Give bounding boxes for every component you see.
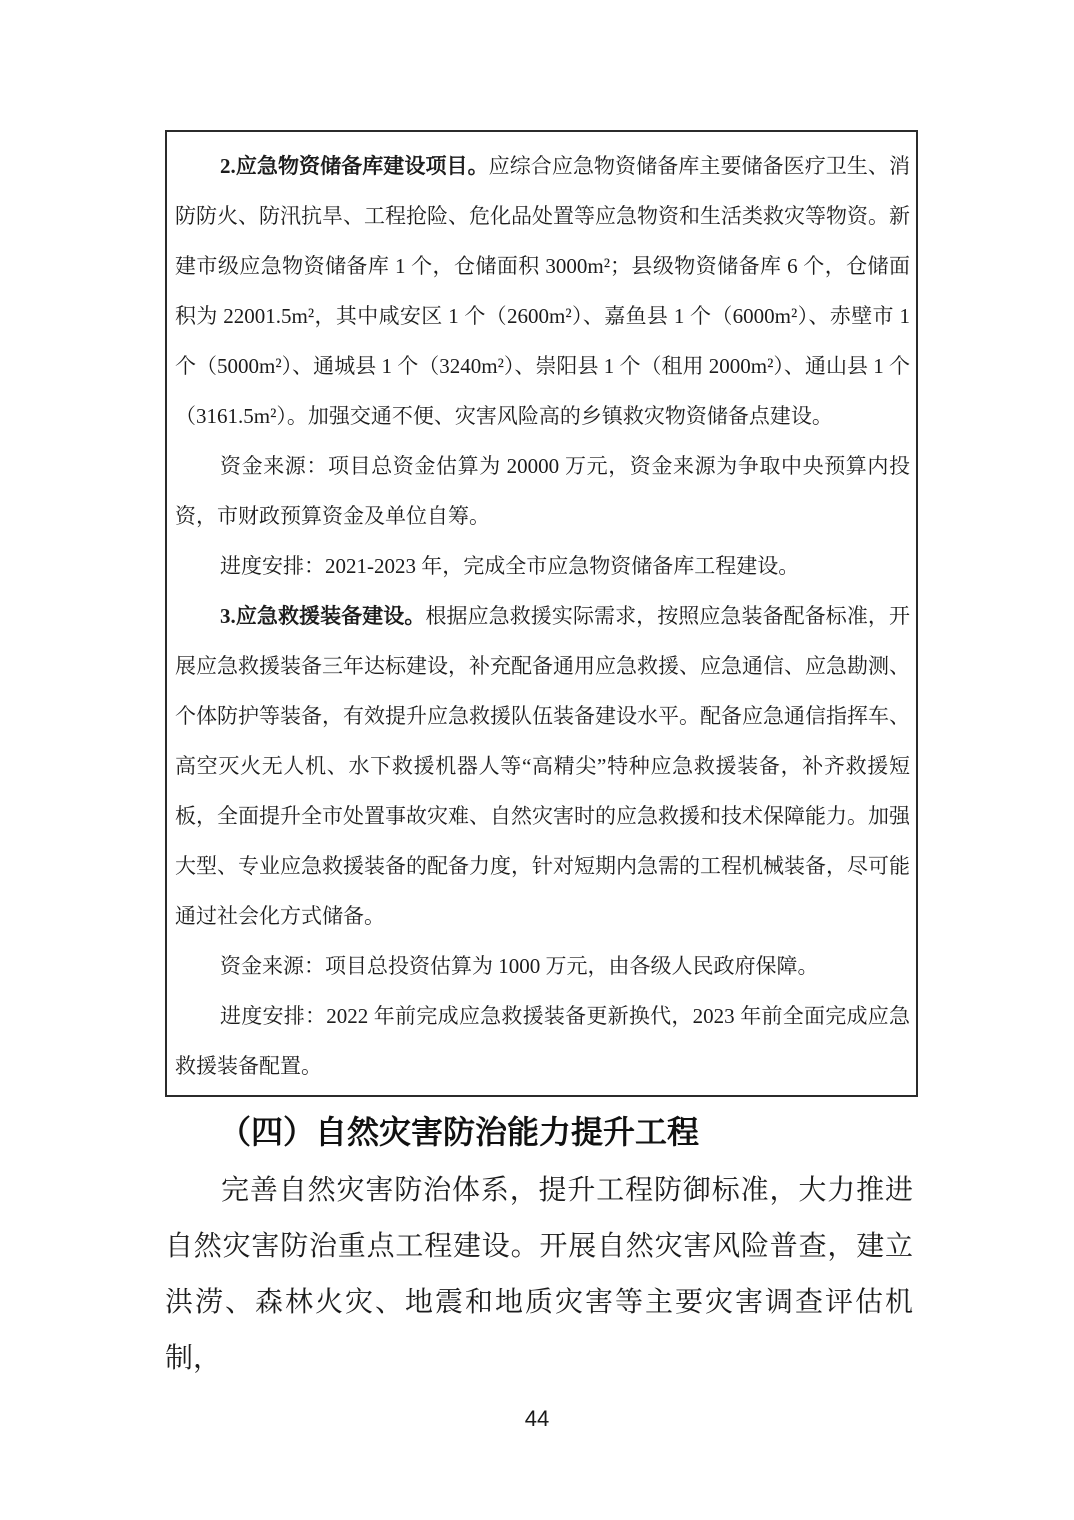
- paragraph-text: 应综合应急物资储备库主要储备医疗卫生、消防防火、防汛抗旱、工程抢险、危化品处置等…: [175, 154, 910, 428]
- paragraph-text: 进度安排：2022 年前完成应急救援装备更新换代，2023 年前全面完成应急救援…: [175, 1004, 910, 1078]
- box-paragraph-funding-1: 资金来源：项目总资金估算为 20000 万元，资金来源为争取中央预算内投资，市财…: [175, 441, 910, 541]
- paragraph-lead: 3.应急救援装备建设。: [220, 604, 425, 628]
- box-paragraph-schedule-2: 进度安排：2022 年前完成应急救援装备更新换代，2023 年前全面完成应急救援…: [175, 991, 910, 1091]
- section-heading: （四）自然灾害防治能力提升工程: [165, 1109, 918, 1155]
- document-page: 2.应急物资储备库建设项目。应综合应急物资储备库主要储备医疗卫生、消防防火、防汛…: [0, 0, 1074, 1520]
- bordered-text-box: 2.应急物资储备库建设项目。应综合应急物资储备库主要储备医疗卫生、消防防火、防汛…: [165, 130, 918, 1097]
- box-paragraph-funding-2: 资金来源：项目总投资估算为 1000 万元，由各级人民政府保障。: [175, 941, 910, 991]
- box-paragraph-schedule-1: 进度安排：2021-2023 年，完成全市应急物资储备库工程建设。: [175, 541, 910, 591]
- page-content: 2.应急物资储备库建设项目。应综合应急物资储备库主要储备医疗卫生、消防防火、防汛…: [165, 130, 918, 1387]
- paragraph-text: 进度安排：2021-2023 年，完成全市应急物资储备库工程建设。: [220, 554, 799, 578]
- paragraph-text: 资金来源：项目总资金估算为 20000 万元，资金来源为争取中央预算内投资，市财…: [175, 454, 910, 528]
- paragraph-lead: 2.应急物资储备库建设项目。: [220, 154, 489, 178]
- page-number: 44: [0, 1406, 1074, 1432]
- box-paragraph-project-2: 2.应急物资储备库建设项目。应综合应急物资储备库主要储备医疗卫生、消防防火、防汛…: [175, 141, 910, 441]
- paragraph-text: 根据应急救援实际需求，按照应急装备配备标准，开展应急救援装备三年达标建设，补充配…: [175, 604, 910, 928]
- paragraph-text: 资金来源：项目总投资估算为 1000 万元，由各级人民政府保障。: [220, 954, 819, 978]
- box-paragraph-project-3: 3.应急救援装备建设。根据应急救援实际需求，按照应急装备配备标准，开展应急救援装…: [175, 591, 910, 941]
- body-paragraph: 完善自然灾害防治体系，提升工程防御标准，大力推进自然灾害防治重点工程建设。开展自…: [165, 1163, 913, 1387]
